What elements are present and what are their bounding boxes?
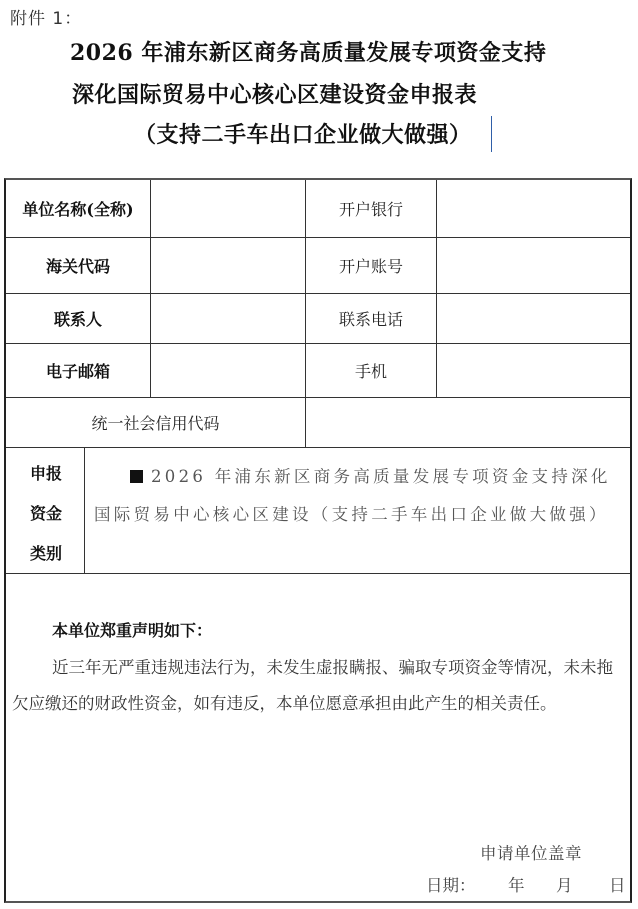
- date-year-label: 年: [508, 872, 525, 896]
- text-cursor: [491, 116, 492, 152]
- mobile-label: 手机: [306, 344, 436, 397]
- contact-phone-field[interactable]: [437, 294, 630, 343]
- fund-category-option[interactable]: 2026 年浦东新区商务高质量发展专项资金支持深化国际贸易中心核心区建设（支持二…: [94, 458, 626, 534]
- contact-phone-label: 联系电话: [306, 294, 436, 343]
- email-field[interactable]: [151, 344, 305, 397]
- unit-name-field[interactable]: [151, 180, 305, 237]
- title-line-2: 深化国际贸易中心核心区建设资金申报表: [72, 78, 477, 109]
- fund-category-option-text: 2026 年浦东新区商务高质量发展专项资金支持深化国际贸易中心核心区建设（支持二…: [94, 467, 611, 524]
- contact-person-field[interactable]: [151, 294, 305, 343]
- mobile-field[interactable]: [437, 344, 630, 397]
- date-month-label: 月: [556, 872, 573, 896]
- bank-field[interactable]: [437, 180, 630, 237]
- fund-category-label-line-3: 类别: [6, 541, 86, 564]
- title-line-3: （支持二手车出口企业做大做强）: [134, 118, 472, 149]
- email-label: 电子邮箱: [6, 344, 150, 397]
- contact-person-label: 联系人: [6, 294, 150, 343]
- account-number-field[interactable]: [437, 238, 630, 293]
- seal-label: 申请单位盖章: [480, 840, 582, 864]
- title-line-1: 2026 年浦东新区商务高质量发展专项资金支持: [70, 36, 546, 67]
- credit-code-field[interactable]: [306, 398, 630, 447]
- bank-label: 开户银行: [306, 180, 436, 237]
- customs-code-label: 海关代码: [6, 238, 150, 293]
- checked-checkbox-icon[interactable]: [130, 470, 143, 483]
- credit-code-label: 统一社会信用代码: [6, 398, 305, 447]
- declaration-body: 近三年无严重违规违法行为，未发生虚报瞒报、骗取专项资金等情况，未未拖欠应缴还的财…: [12, 650, 628, 722]
- customs-code-field[interactable]: [151, 238, 305, 293]
- date-day-label: 日: [609, 872, 626, 896]
- row-divider: [6, 573, 630, 574]
- account-number-label: 开户账号: [306, 238, 436, 293]
- application-form-table: 单位名称(全称) 开户银行 海关代码 开户账号 联系人 联系电话 电子邮箱 手机…: [4, 178, 632, 903]
- fund-category-label-line-1: 申报: [6, 461, 86, 484]
- unit-name-label: 单位名称(全称): [6, 180, 150, 237]
- row-divider: [6, 447, 630, 448]
- fund-category-label-line-2: 资金: [6, 501, 86, 524]
- attachment-label: 附件 1：: [10, 4, 82, 29]
- date-label: 日期：: [426, 872, 476, 896]
- declaration-heading: 本单位郑重声明如下：: [52, 618, 212, 641]
